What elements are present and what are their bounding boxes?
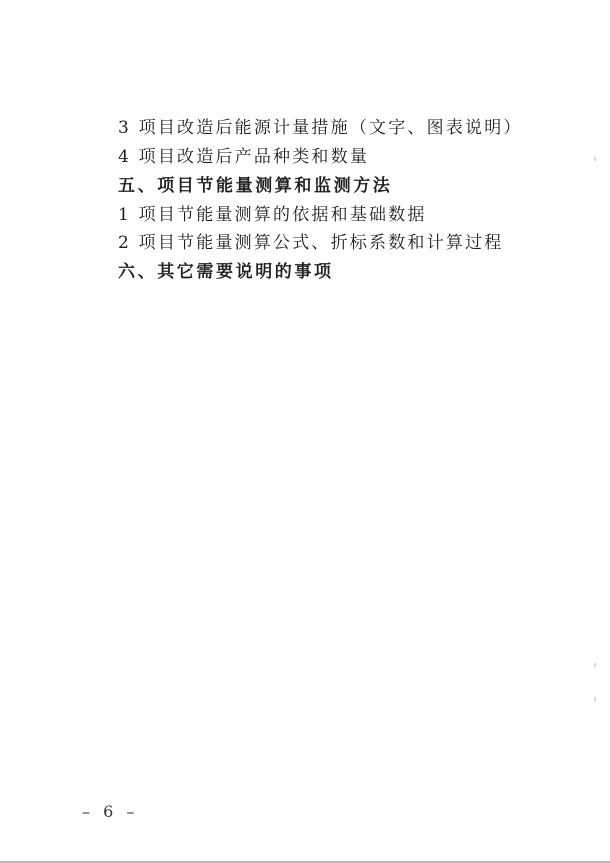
list-item-energy-metering-measures: 3 项目改造后能源计量措施（文字、图表说明） — [118, 117, 523, 139]
document-page: 3 项目改造后能源计量措施（文字、图表说明） 4 项目改造后产品种类和数量 五、… — [0, 0, 610, 860]
page-number: – 6 – — [82, 802, 138, 821]
scan-artifact — [594, 157, 596, 161]
section-heading-6: 六、其它需要说明的事项 — [118, 261, 334, 283]
scan-artifact — [594, 663, 596, 667]
list-item-product-types-quantity: 4 项目改造后产品种类和数量 — [118, 146, 369, 168]
list-item-calculation-formula: 2 项目节能量测算公式、折标系数和计算过程 — [118, 232, 503, 254]
section-heading-5: 五、项目节能量测算和监测方法 — [118, 175, 392, 197]
list-item-calculation-basis: 1 项目节能量测算的依据和基础数据 — [118, 204, 427, 226]
scan-artifact — [594, 697, 596, 701]
